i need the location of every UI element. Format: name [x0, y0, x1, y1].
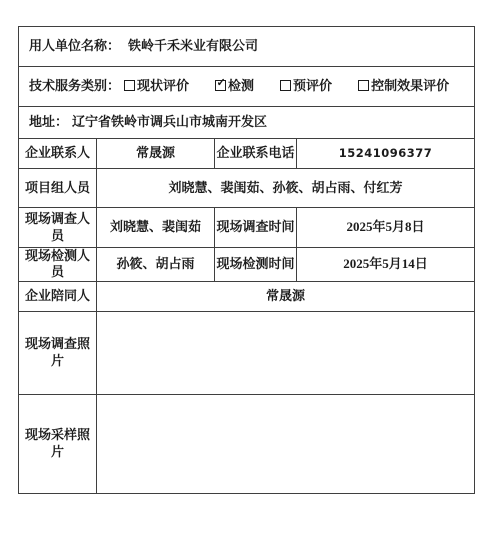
- option-label: 预评价: [293, 78, 332, 93]
- option-detection: 检测: [215, 78, 254, 93]
- option-control-effect-evaluation: 控制效果评价: [358, 78, 449, 93]
- checkbox-icon: [358, 80, 369, 91]
- project-team-value: 刘晓慧、裴闺茹、孙筱、胡占雨、付红芳: [97, 169, 475, 208]
- sampling-photos-label: 现场采样照片: [19, 394, 97, 493]
- checkbox-icon: [124, 80, 135, 91]
- survey-photos-row: 现场调查照片: [19, 311, 475, 394]
- sampling-photos-row: 现场采样照片: [19, 394, 475, 493]
- site-survey-row: 现场调查人员 刘晓慧、裴闺茹 现场调查时间 2025年5月8日: [19, 208, 475, 248]
- document-page: 用人单位名称：铁岭千禾米业有限公司 技术服务类别：现状评价检测预评价控制效果评价…: [0, 0, 496, 542]
- option-label: 现状评价: [137, 78, 189, 93]
- site-detection-time-label: 现场检测时间: [215, 248, 297, 282]
- site-detection-row: 现场检测人员 孙筱、胡占雨 现场检测时间 2025年5月14日: [19, 248, 475, 282]
- address-value: 辽宁省铁岭市调兵山市城南开发区: [72, 114, 267, 129]
- checkbox-checked-icon: [215, 80, 226, 91]
- service-category-row: 技术服务类别：现状评价检测预评价控制效果评价: [19, 67, 475, 107]
- escort-label: 企业陪同人: [19, 281, 97, 311]
- option-label: 控制效果评价: [371, 78, 449, 93]
- site-detection-personnel: 孙筱、胡占雨: [97, 248, 215, 282]
- option-pre-evaluation: 预评价: [280, 78, 332, 93]
- address-row: 地址：辽宁省铁岭市调兵山市城南开发区: [19, 107, 475, 139]
- employer-row: 用人单位名称：铁岭千禾米业有限公司: [19, 27, 475, 67]
- sampling-photos-cell: [97, 394, 475, 493]
- contact-row: 企业联系人 常晟源 企业联系电话 15241096377: [19, 139, 475, 169]
- option-label: 检测: [228, 78, 254, 93]
- employer-value: 铁岭千禾米业有限公司: [128, 38, 258, 53]
- contact-phone-value: 15241096377: [339, 146, 433, 160]
- site-survey-time-label: 现场调查时间: [215, 208, 297, 248]
- project-info-table: 用人单位名称：铁岭千禾米业有限公司 技术服务类别：现状评价检测预评价控制效果评价…: [18, 26, 475, 494]
- survey-photos-label: 现场调查照片: [19, 311, 97, 394]
- address-label: 地址：: [29, 114, 68, 129]
- site-survey-personnel: 刘晓慧、裴闺茹: [97, 208, 215, 248]
- service-category-label: 技术服务类别：: [29, 78, 120, 93]
- site-detection-label: 现场检测人员: [19, 248, 97, 282]
- escort-value: 常晟源: [97, 281, 475, 311]
- option-status-evaluation: 现状评价: [124, 78, 189, 93]
- checkbox-icon: [280, 80, 291, 91]
- escort-row: 企业陪同人 常晟源: [19, 281, 475, 311]
- contact-phone-label: 企业联系电话: [215, 139, 297, 169]
- employer-label: 用人单位名称：: [29, 38, 120, 53]
- contact-value: 常晟源: [97, 139, 215, 169]
- site-detection-time-value: 2025年5月14日: [343, 256, 428, 271]
- project-team-label: 项目组人员: [19, 169, 97, 208]
- project-team-row: 项目组人员 刘晓慧、裴闺茹、孙筱、胡占雨、付红芳: [19, 169, 475, 208]
- survey-photos-cell: [97, 311, 475, 394]
- site-survey-time-value: 2025年5月8日: [347, 219, 425, 234]
- site-survey-label: 现场调查人员: [19, 208, 97, 248]
- contact-label: 企业联系人: [19, 139, 97, 169]
